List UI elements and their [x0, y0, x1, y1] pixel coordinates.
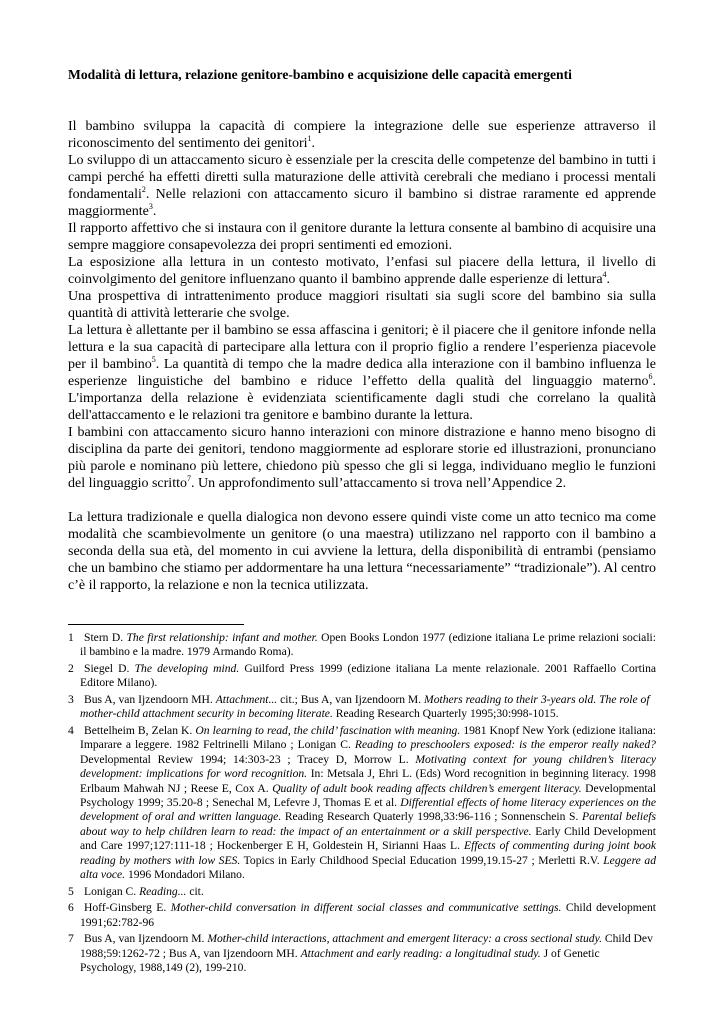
text-run: Il rapporto affettivo che si instaura co…: [68, 221, 656, 253]
body-paragraph: Una prospettiva di intrattenimento produ…: [68, 288, 656, 322]
citation-title: Reading to preschoolers exposed: is the …: [355, 738, 656, 751]
body-paragraph: La lettura tradizionale e quella dialogi…: [68, 509, 656, 594]
text-run: Stern D.: [84, 631, 126, 644]
footnotes: 1Stern D. The first relationship: infant…: [68, 631, 656, 978]
footnote-text: Bus A, van Ijzendoorn MH. Attachment... …: [80, 693, 656, 722]
footnote-number: 5: [68, 885, 80, 899]
citation-title: The developing mind.: [135, 662, 240, 675]
footnote: 7Bus A, van Ijzendoorn M. Mother-child i…: [68, 932, 656, 975]
text-run: .: [607, 272, 611, 287]
text-run: Reading Research Quarterly 1995;30:998-1…: [333, 707, 559, 720]
footnote: 4Bettelheim B, Zelan K. On learning to r…: [68, 724, 656, 882]
text-run: Siegel D.: [84, 662, 135, 675]
text-run: Bettelheim B, Zelan K.: [84, 724, 195, 737]
text-run: Il bambino sviluppa la capacità di compi…: [68, 119, 656, 151]
footnote-number: 2: [68, 662, 80, 691]
footnote-number: 4: [68, 724, 80, 882]
footnote-text: Bus A, van Ijzendoorn M. Mother-child in…: [80, 932, 656, 975]
citation-title: Reading...: [139, 885, 186, 898]
citation-title: Attachment and early reading: a longitud…: [301, 947, 541, 960]
text-run: Hoff-Ginsberg E.: [84, 901, 171, 914]
citation-title: Attachment...: [216, 693, 278, 706]
footnote: 5Lonigan C. Reading... cit.: [68, 885, 656, 899]
text-run: Una prospettiva di intrattenimento produ…: [68, 289, 656, 321]
body-paragraph: La esposizione alla lettura in un contes…: [68, 254, 656, 288]
footnote-text: Hoff-Ginsberg E. Mother-child conversati…: [80, 901, 656, 930]
footnote-text: Stern D. The first relationship: infant …: [80, 631, 656, 660]
body-paragraph: Il bambino sviluppa la capacità di compi…: [68, 118, 656, 152]
text-run: cit.: [186, 885, 203, 898]
text-run: Bus A, van Ijzendoorn MH.: [84, 693, 216, 706]
text-run: .: [153, 204, 157, 219]
footnote-text: Siegel D. The developing mind. Guilford …: [80, 662, 656, 691]
document-body: Il bambino sviluppa la capacità di compi…: [68, 118, 656, 594]
text-run: . Un approfondimento sull’attaccamento s…: [191, 476, 566, 491]
footnote-number: 7: [68, 932, 80, 975]
text-run: .: [312, 136, 316, 151]
citation-title: Mother-child conversation in different s…: [171, 901, 562, 914]
body-paragraph: La lettura è allettante per il bambino s…: [68, 322, 656, 424]
text-run: cit.; Bus A, van Ijzendoorn M.: [277, 693, 424, 706]
footnote-text: Bettelheim B, Zelan K. On learning to re…: [80, 724, 656, 882]
body-paragraph: Il rapporto affettivo che si instaura co…: [68, 220, 656, 254]
footnote-number: 3: [68, 693, 80, 722]
text-run: Developmental Review 1994; 14:303-23 ; T…: [80, 753, 415, 766]
footnote: 1Stern D. The first relationship: infant…: [68, 631, 656, 660]
footnote-number: 6: [68, 901, 80, 930]
footnote-text: Lonigan C. Reading... cit.: [80, 885, 656, 899]
text-run: Reading Research Quaterly 1998,33:96-116…: [281, 810, 582, 823]
text-run: Bus A, van Ijzendoorn M.: [84, 932, 207, 945]
citation-title: Mother-child interactions, attachment an…: [207, 932, 602, 945]
footnote: 2Siegel D. The developing mind. Guilford…: [68, 662, 656, 691]
footnote: 3Bus A, van Ijzendoorn MH. Attachment...…: [68, 693, 656, 722]
body-paragraph: I bambini con attaccamento sicuro hanno …: [68, 424, 656, 492]
text-run: La lettura tradizionale e quella dialogi…: [68, 510, 656, 593]
text-run: Topics in Early Childhood Special Educat…: [240, 854, 603, 867]
citation-title: The first relationship: infant and mothe…: [126, 631, 317, 644]
text-run: La esposizione alla lettura in un contes…: [68, 255, 656, 287]
text-run: 1996 Mondadori Milano.: [125, 868, 245, 881]
footnote-separator: [68, 624, 244, 625]
citation-title: Quality of adult book reading affects ch…: [272, 782, 581, 795]
document-title: Modalità di lettura, relazione genitore-…: [68, 66, 668, 83]
text-run: Lonigan C.: [84, 885, 139, 898]
footnote-number: 1: [68, 631, 80, 660]
text-run: . La quantità di tempo che la madre dedi…: [68, 357, 656, 389]
footnote: 6Hoff-Ginsberg E. Mother-child conversat…: [68, 901, 656, 930]
body-paragraph: Lo sviluppo di un attaccamento sicuro è …: [68, 152, 656, 220]
citation-title: On learning to read, the child’ fascinat…: [195, 724, 460, 737]
